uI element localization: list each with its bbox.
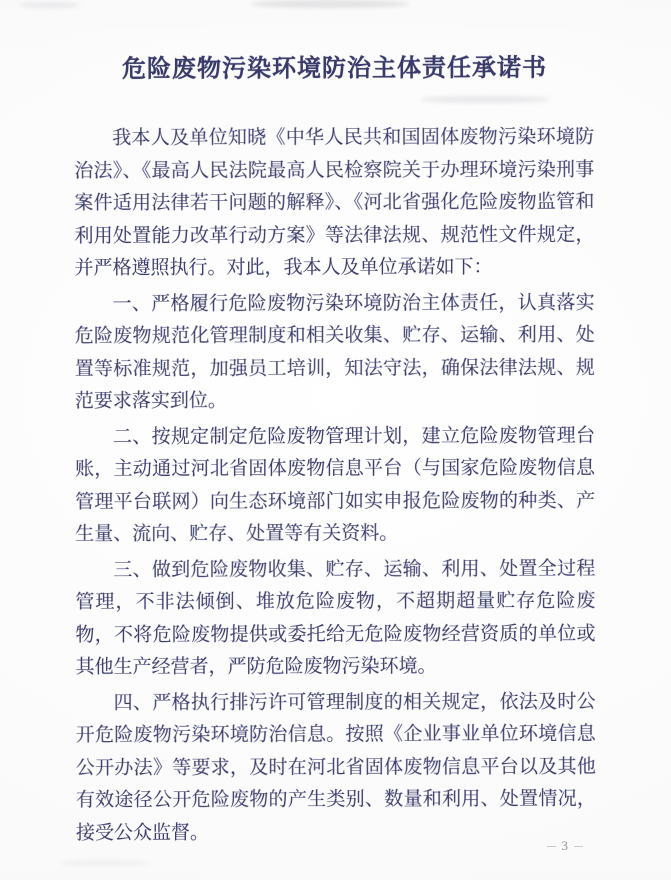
- page-number-dash-right: [574, 846, 583, 847]
- document-content-area: 危险废物污染环境防治主体责任承诺书 我本人及单位知晓《中华人民共和国固体废物污染…: [0, 51, 671, 850]
- page-number: 3: [547, 838, 584, 854]
- paragraph-intro: 我本人及单位知晓《中华人民共和国固体废物污染环境防治法》、《最高人民法院最高人民…: [74, 121, 594, 285]
- paragraph-item-4: 四、严格执行排污许可管理制度的相关规定，依法及时公开危险废物污染环境防治信息。按…: [76, 686, 596, 850]
- page-number-value: 3: [562, 838, 569, 854]
- paragraph-item-3: 三、做到危险废物收集、贮存、运输、利用、处置全过程管理，不非法倾倒、堆放危险废物…: [75, 553, 595, 684]
- scan-artifact: [20, 2, 80, 8]
- document-title: 危险废物污染环境防治主体责任承诺书: [65, 51, 604, 86]
- scanned-document-page: 危险废物污染环境防治主体责任承诺书 我本人及单位知晓《中华人民共和国固体废物污染…: [0, 0, 671, 880]
- page-number-dash-left: [547, 846, 556, 847]
- paragraph-item-1: 一、严格履行危险废物污染环境防治主体责任，认真落实危险废物规范化管理制度和相关收…: [75, 287, 595, 418]
- scan-artifact: [60, 860, 150, 866]
- document-body: 我本人及单位知晓《中华人民共和国固体废物污染环境防治法》、《最高人民法院最高人民…: [74, 121, 596, 849]
- paragraph-item-2: 二、按规定制定危险废物管理计划，建立危险废物管理台账，主动通过河北省固体废物信息…: [75, 420, 595, 551]
- scan-artifact: [250, 0, 410, 8]
